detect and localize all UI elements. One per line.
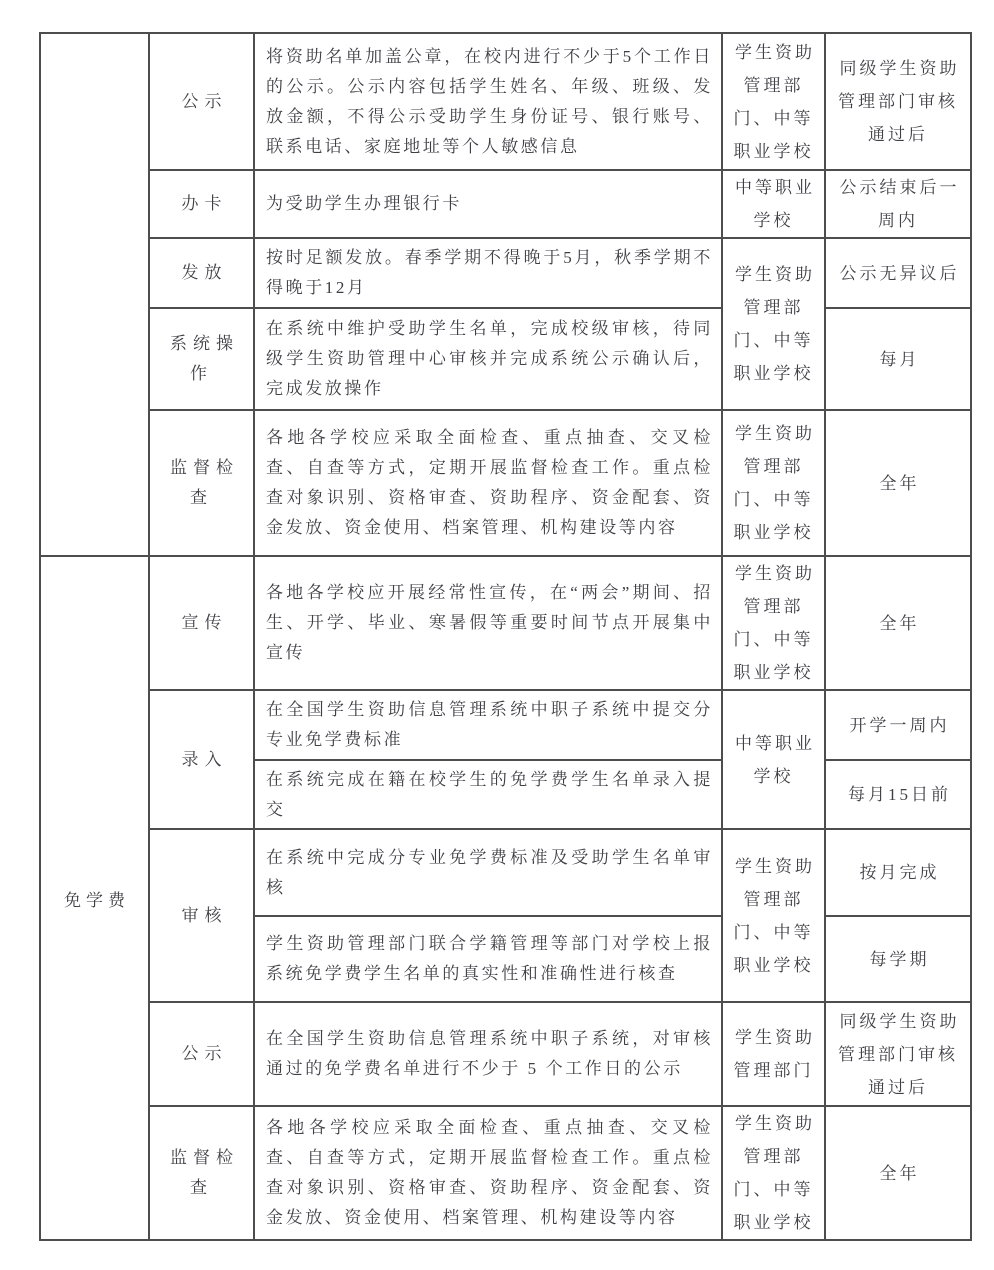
time-cell: 同级学生资助管理部门审核通过后 bbox=[825, 1002, 971, 1106]
table-row: 监督检查 各地各学校应采取全面检查、重点抽查、交叉检查、自查等方式，定期开展监督… bbox=[40, 410, 971, 556]
time-cell: 每月 bbox=[825, 308, 971, 410]
table-row: 录入 在全国学生资助信息管理系统中职子系统中提交分专业免学费标准 中等职业学校 … bbox=[40, 690, 971, 760]
time-cell: 全年 bbox=[825, 1106, 971, 1240]
description-cell: 在系统中维护受助学生名单，完成校级审核，待同级学生资助管理中心审核并完成系统公示… bbox=[254, 308, 722, 410]
unit-cell: 学生资助管理部门 bbox=[722, 1002, 825, 1106]
description-cell: 按时足额发放。春季学期不得晚于5月，秋季学期不得晚于12月 bbox=[254, 238, 722, 308]
category-cell bbox=[40, 33, 149, 556]
time-cell: 按月完成 bbox=[825, 829, 971, 916]
table-row: 免学费 宣传 各地各学校应开展经常性宣传，在“两会”期间、招生、开学、毕业、寒暑… bbox=[40, 556, 971, 690]
time-cell: 公示无异议后 bbox=[825, 238, 971, 308]
table-row: 审核 在系统中完成分专业免学费标准及受助学生名单审核 学生资助管理部门、中等职业… bbox=[40, 829, 971, 916]
step-cell: 监督检查 bbox=[149, 410, 254, 556]
step-cell: 公示 bbox=[149, 33, 254, 170]
step-cell: 办卡 bbox=[149, 170, 254, 238]
step-cell: 发放 bbox=[149, 238, 254, 308]
unit-cell: 学生资助管理部门、中等职业学校 bbox=[722, 238, 825, 410]
unit-cell: 中等职业学校 bbox=[722, 170, 825, 238]
table-row: 办卡 为受助学生办理银行卡 中等职业学校 公示结束后一周内 bbox=[40, 170, 971, 238]
time-cell: 每月15日前 bbox=[825, 760, 971, 829]
procedure-table: 公示 将资助名单加盖公章，在校内进行不少于5个工作日的公示。公示内容包括学生姓名… bbox=[39, 32, 972, 1241]
time-cell: 全年 bbox=[825, 556, 971, 690]
description-cell: 各地各学校应开展经常性宣传，在“两会”期间、招生、开学、毕业、寒暑假等重要时间节… bbox=[254, 556, 722, 690]
table-row: 系统操作 在系统中维护受助学生名单，完成校级审核，待同级学生资助管理中心审核并完… bbox=[40, 308, 971, 410]
table-row: 公示 在全国学生资助信息管理系统中职子系统，对审核通过的免学费名单进行不少于 5… bbox=[40, 1002, 971, 1106]
step-cell: 宣传 bbox=[149, 556, 254, 690]
step-cell: 审核 bbox=[149, 829, 254, 1002]
table-row: 公示 将资助名单加盖公章，在校内进行不少于5个工作日的公示。公示内容包括学生姓名… bbox=[40, 33, 971, 170]
unit-cell: 学生资助管理部门、中等职业学校 bbox=[722, 1106, 825, 1240]
description-cell: 为受助学生办理银行卡 bbox=[254, 170, 722, 238]
table-row: 发放 按时足额发放。春季学期不得晚于5月，秋季学期不得晚于12月 学生资助管理部… bbox=[40, 238, 971, 308]
unit-cell: 学生资助管理部门、中等职业学校 bbox=[722, 410, 825, 556]
description-cell: 各地各学校应采取全面检查、重点抽查、交叉检查、自查等方式，定期开展监督检查工作。… bbox=[254, 1106, 722, 1240]
unit-cell: 学生资助管理部门、中等职业学校 bbox=[722, 829, 825, 1002]
description-cell: 学生资助管理部门联合学籍管理等部门对学校上报系统免学费学生名单的真实性和准确性进… bbox=[254, 916, 722, 1002]
step-cell: 录入 bbox=[149, 690, 254, 829]
description-cell: 在系统中完成分专业免学费标准及受助学生名单审核 bbox=[254, 829, 722, 916]
description-cell: 将资助名单加盖公章，在校内进行不少于5个工作日的公示。公示内容包括学生姓名、年级… bbox=[254, 33, 722, 170]
time-cell: 开学一周内 bbox=[825, 690, 971, 760]
category-cell: 免学费 bbox=[40, 556, 149, 1240]
description-cell: 在全国学生资助信息管理系统中职子系统中提交分专业免学费标准 bbox=[254, 690, 722, 760]
step-cell: 系统操作 bbox=[149, 308, 254, 410]
unit-cell: 中等职业学校 bbox=[722, 690, 825, 829]
time-cell: 公示结束后一周内 bbox=[825, 170, 971, 238]
description-cell: 各地各学校应采取全面检查、重点抽查、交叉检查、自查等方式，定期开展监督检查工作。… bbox=[254, 410, 722, 556]
step-cell: 公示 bbox=[149, 1002, 254, 1106]
time-cell: 全年 bbox=[825, 410, 971, 556]
description-cell: 在全国学生资助信息管理系统中职子系统，对审核通过的免学费名单进行不少于 5 个工… bbox=[254, 1002, 722, 1106]
unit-cell: 学生资助管理部门、中等职业学校 bbox=[722, 556, 825, 690]
step-cell: 监督检查 bbox=[149, 1106, 254, 1240]
time-cell: 每学期 bbox=[825, 916, 971, 1002]
table-row: 监督检查 各地各学校应采取全面检查、重点抽查、交叉检查、自查等方式，定期开展监督… bbox=[40, 1106, 971, 1240]
document-page: { "page": { "background": "#ffffff", "te… bbox=[0, 0, 994, 1270]
unit-cell: 学生资助管理部门、中等职业学校 bbox=[722, 33, 825, 170]
description-cell: 在系统完成在籍在校学生的免学费学生名单录入提交 bbox=[254, 760, 722, 829]
time-cell: 同级学生资助管理部门审核通过后 bbox=[825, 33, 971, 170]
